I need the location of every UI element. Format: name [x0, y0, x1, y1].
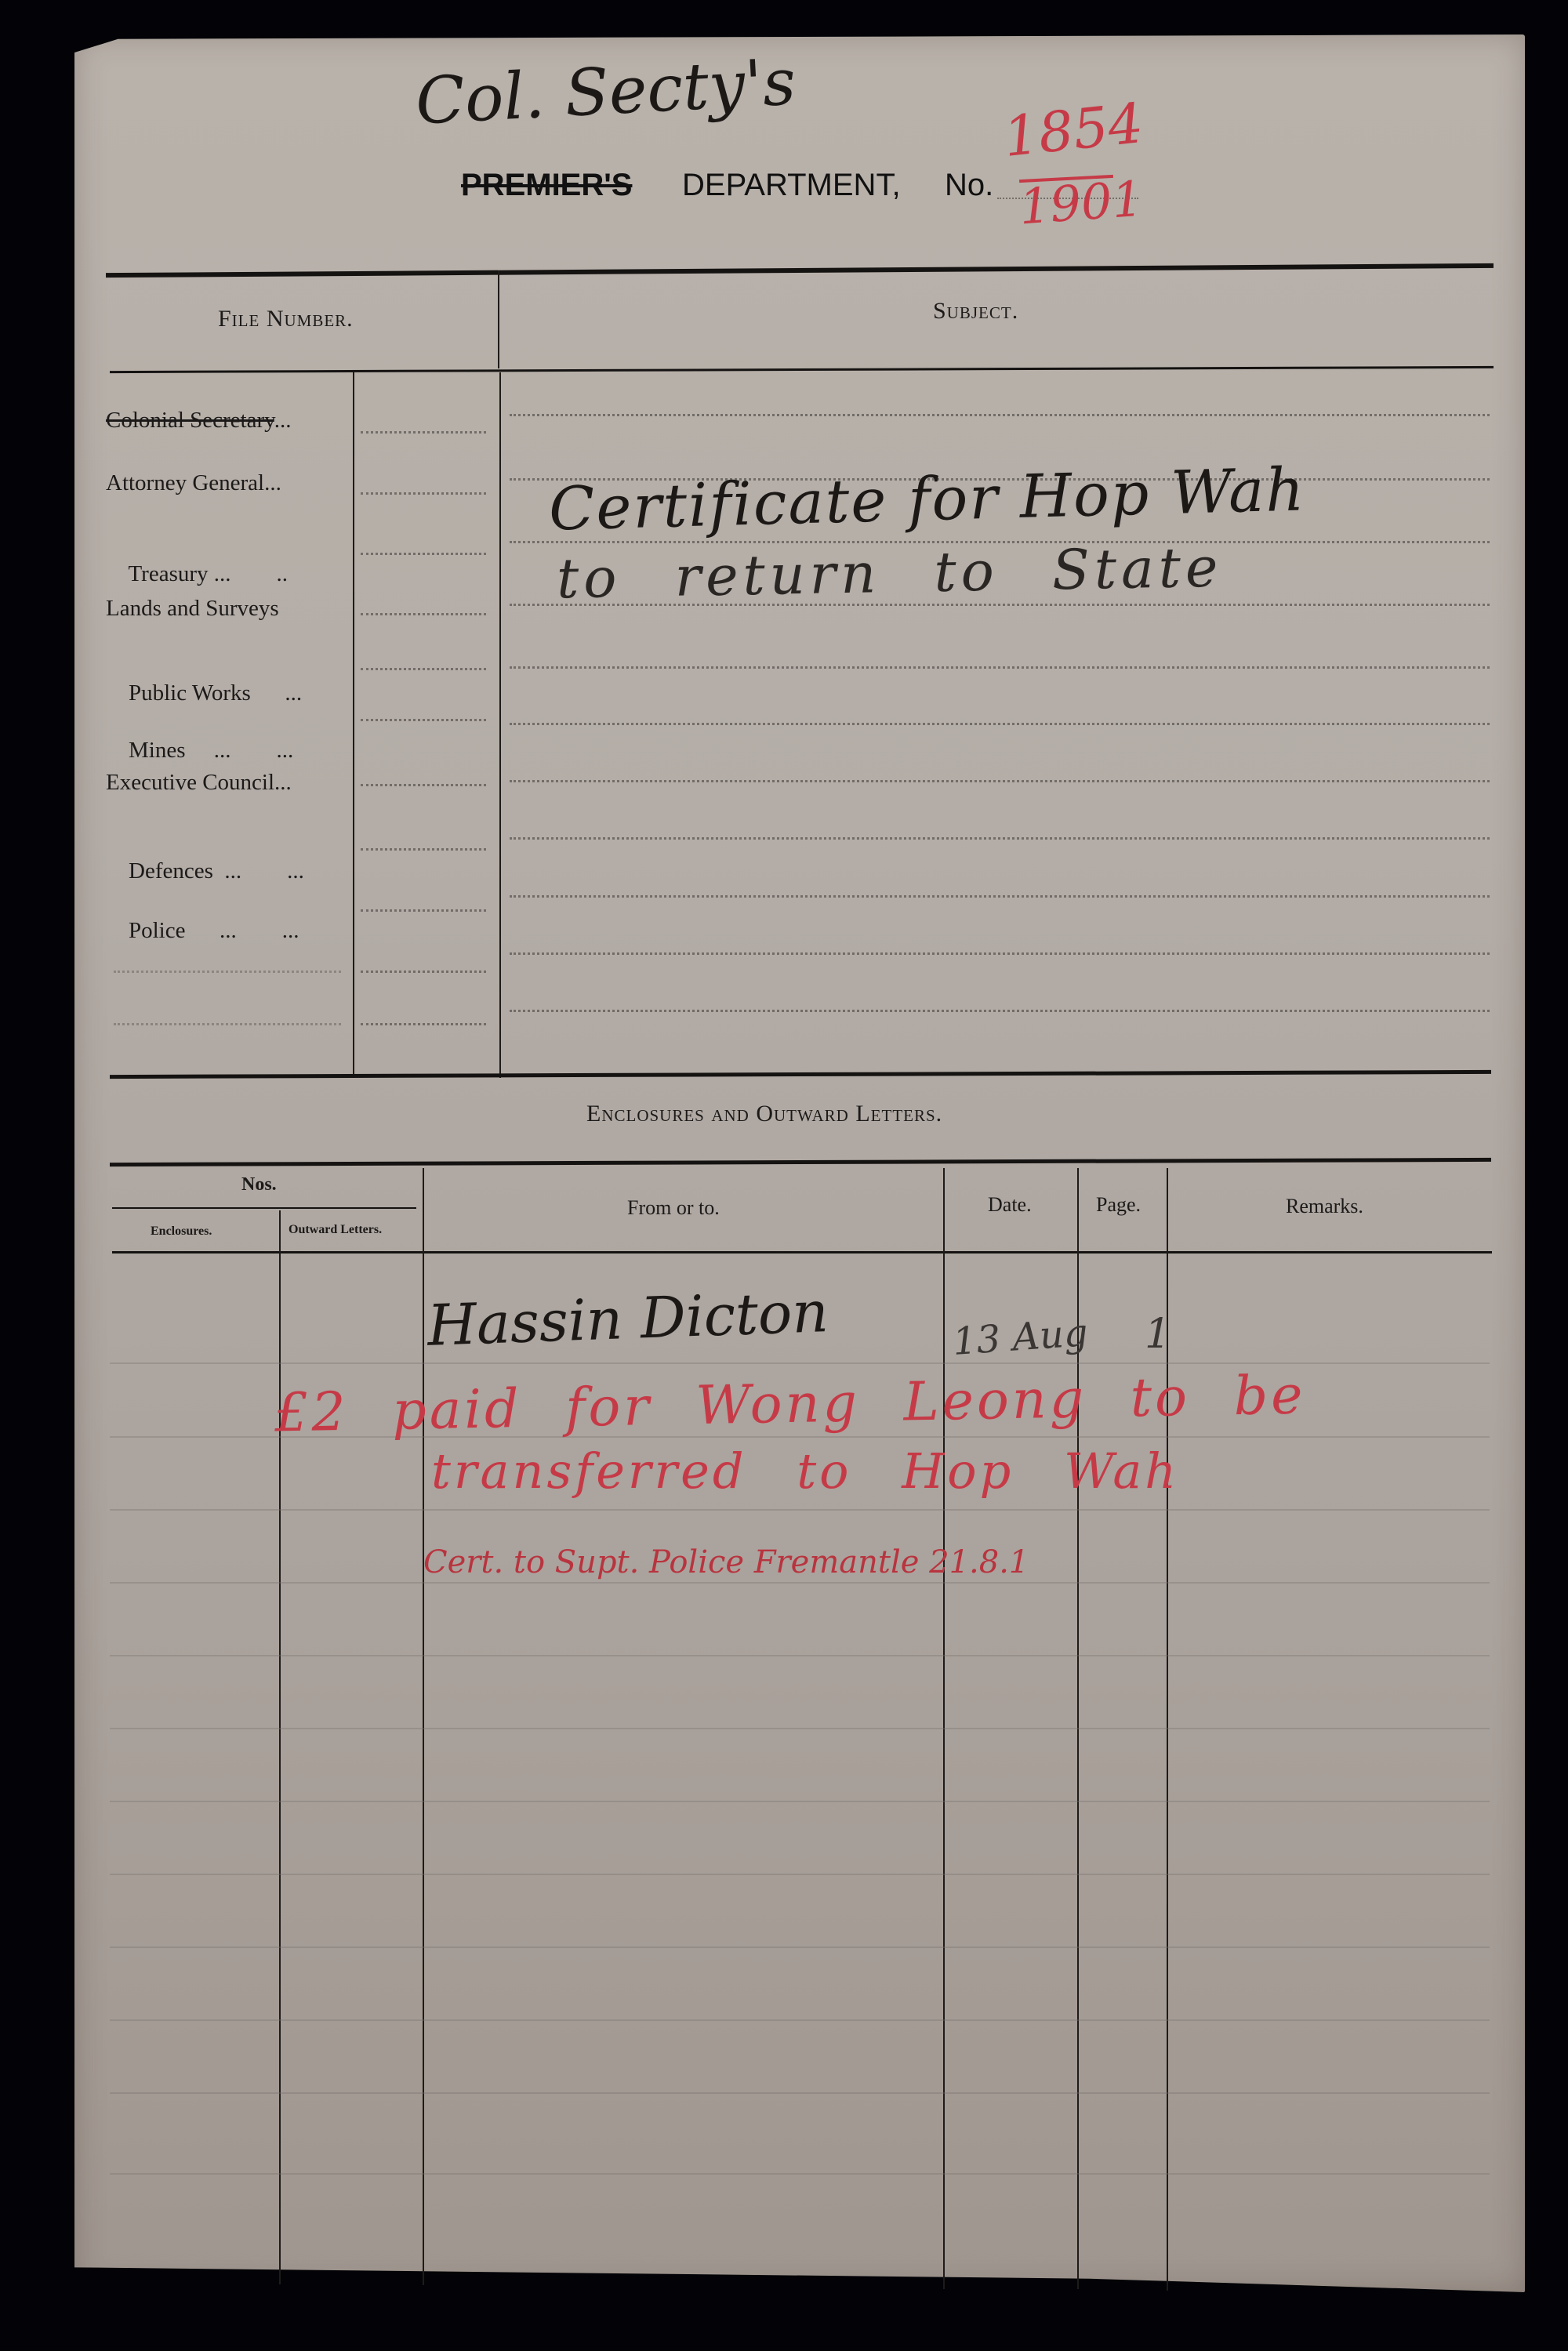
column-header-rule — [112, 1251, 1492, 1254]
outward-letters-divider — [423, 1168, 424, 2285]
subject-line — [510, 895, 1490, 898]
nos-subrule — [112, 1207, 416, 1209]
subject-col-divider — [499, 372, 501, 1078]
subject-heading: Subject. — [933, 298, 1018, 325]
printed-struck-department: PREMIER'S — [461, 168, 632, 203]
subject-line — [510, 1010, 1490, 1012]
from-or-to-column-heading: From or to. — [627, 1196, 720, 1220]
date-column-heading: Date. — [988, 1193, 1032, 1217]
file-number-line — [361, 431, 486, 434]
ruled-line — [110, 1655, 1490, 1656]
file-number-line — [361, 848, 486, 851]
file-number-line — [361, 668, 486, 670]
ruled-line — [110, 2019, 1490, 2021]
file-number-heading: File Number. — [218, 306, 354, 332]
department-lands-and-surveys: Lands and Surveys — [106, 596, 279, 622]
page-column-heading: Page. — [1096, 1193, 1141, 1217]
ruled-line — [110, 1874, 1490, 1875]
ruled-line — [110, 2173, 1490, 2175]
subject-line — [510, 414, 1490, 416]
enclosures-heading: Enclosures and Outward Letters. — [586, 1101, 942, 1127]
blank-department-line — [114, 971, 341, 973]
blank-department-line — [114, 1023, 341, 1025]
entry-from-or-to: Hassin Dicton — [426, 1279, 829, 1359]
subject-line — [510, 952, 1490, 955]
nos-heading: Nos. — [241, 1174, 277, 1195]
red-note-certificate: Cert. to Supt. Police Fremantle 21.8.1 — [423, 1544, 1029, 1580]
ruled-line — [110, 1946, 1490, 1948]
entry-page: 1 — [1145, 1311, 1171, 1358]
ruled-line — [110, 2092, 1490, 2094]
file-number-line — [361, 909, 486, 912]
subject-line-2: to return to State — [556, 535, 1223, 611]
ruled-line — [110, 1362, 1490, 1364]
ruled-line — [110, 1509, 1490, 1511]
red-note-transfer: transferred to Hop Wah — [431, 1442, 1179, 1500]
enclosures-divider — [279, 1210, 281, 2284]
outward-letters-column-heading: Outward Letters. — [289, 1223, 382, 1237]
file-number-line — [361, 492, 486, 495]
file-number-line — [361, 784, 486, 786]
file-number-year: 1901 — [1018, 170, 1145, 236]
department-executive-council: Executive Council... — [106, 770, 292, 796]
file-col-divider — [353, 372, 354, 1078]
file-number-line — [361, 971, 486, 973]
file-number-line — [361, 553, 486, 555]
ruled-line — [110, 1582, 1490, 1584]
remarks-column-heading: Remarks. — [1286, 1195, 1363, 1218]
printed-department-label: DEPARTMENT, — [682, 168, 901, 203]
number-label: No. — [945, 168, 993, 203]
subject-line — [510, 666, 1490, 669]
file-number-line — [361, 719, 486, 721]
ruled-line — [110, 1728, 1490, 1729]
subject-line — [510, 780, 1490, 782]
file-number-line — [361, 613, 486, 615]
ruled-line — [110, 1801, 1490, 1802]
department-police: Police ... ... — [106, 892, 299, 970]
header-divider — [498, 270, 499, 368]
subject-line — [510, 837, 1490, 840]
subject-line — [510, 723, 1490, 725]
enclosures-column-heading: Enclosures. — [151, 1224, 212, 1239]
file-number-line — [361, 1023, 486, 1025]
department-attorney-general: Attorney General... — [106, 470, 281, 496]
department-colonial-secretary: Colonial Secretary... — [106, 408, 292, 434]
